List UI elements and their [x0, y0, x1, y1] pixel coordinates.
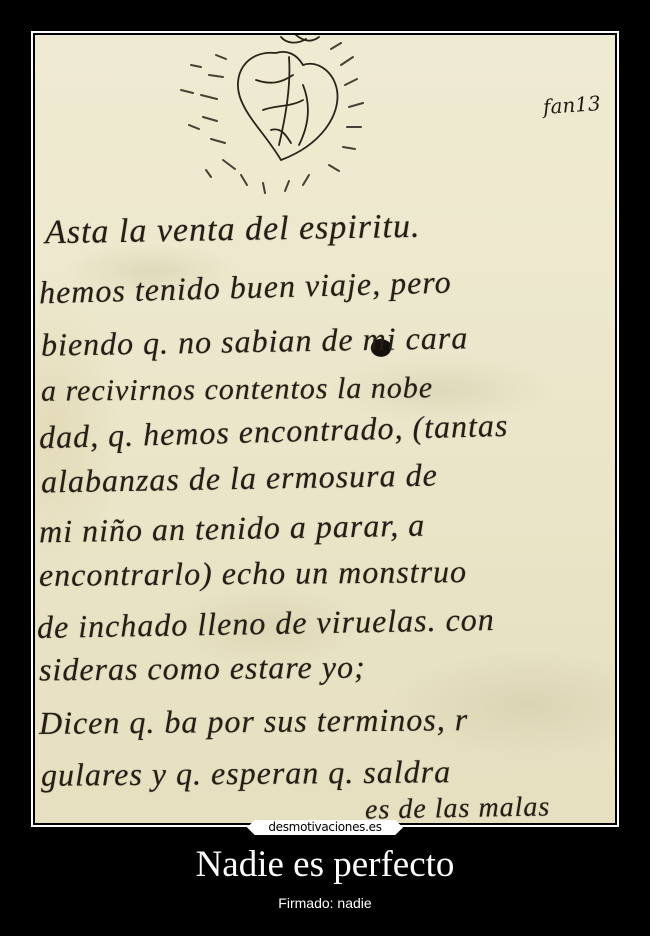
manuscript-line: es de las malas: [365, 791, 551, 823]
manuscript-line: alabanzas de la ermosura de: [41, 457, 438, 501]
poster-title: Nadie es perfecto: [0, 843, 650, 886]
manuscript-line: biendo q. no sabian de mi cara: [41, 319, 469, 363]
heart-with-rays-icon: [41, 35, 401, 205]
folio-number: fan13: [542, 91, 601, 119]
manuscript-line: gulares y q. esperan q. saldra: [41, 753, 451, 794]
manuscript-line: de inchado lleno de viruelas. con: [37, 601, 495, 646]
manuscript-line: dad, q. hemos encontrado, (tantas: [39, 407, 509, 456]
site-watermark: desmotivaciones.es: [247, 820, 403, 835]
poster-subtitle: Firmado: nadie: [0, 895, 650, 911]
manuscript-line: sideras como estare yo;: [39, 649, 366, 689]
photo-frame: fan13 Asta la venta del espiritu. hemos …: [31, 31, 619, 827]
manuscript-line: encontrarlo) echo un monstruo: [39, 553, 467, 594]
manuscript-image: fan13 Asta la venta del espiritu. hemos …: [35, 35, 615, 823]
manuscript-line: Asta la venta del espiritu.: [45, 208, 421, 253]
manuscript-line: hemos tenido buen viaje, pero: [39, 264, 452, 312]
manuscript-line: a recivirnos contentos la nobe: [41, 371, 433, 408]
manuscript-line: mi niño an tenido a parar, a: [39, 507, 426, 551]
manuscript-line: Dicen q. ba por sus terminos, r: [39, 701, 469, 742]
